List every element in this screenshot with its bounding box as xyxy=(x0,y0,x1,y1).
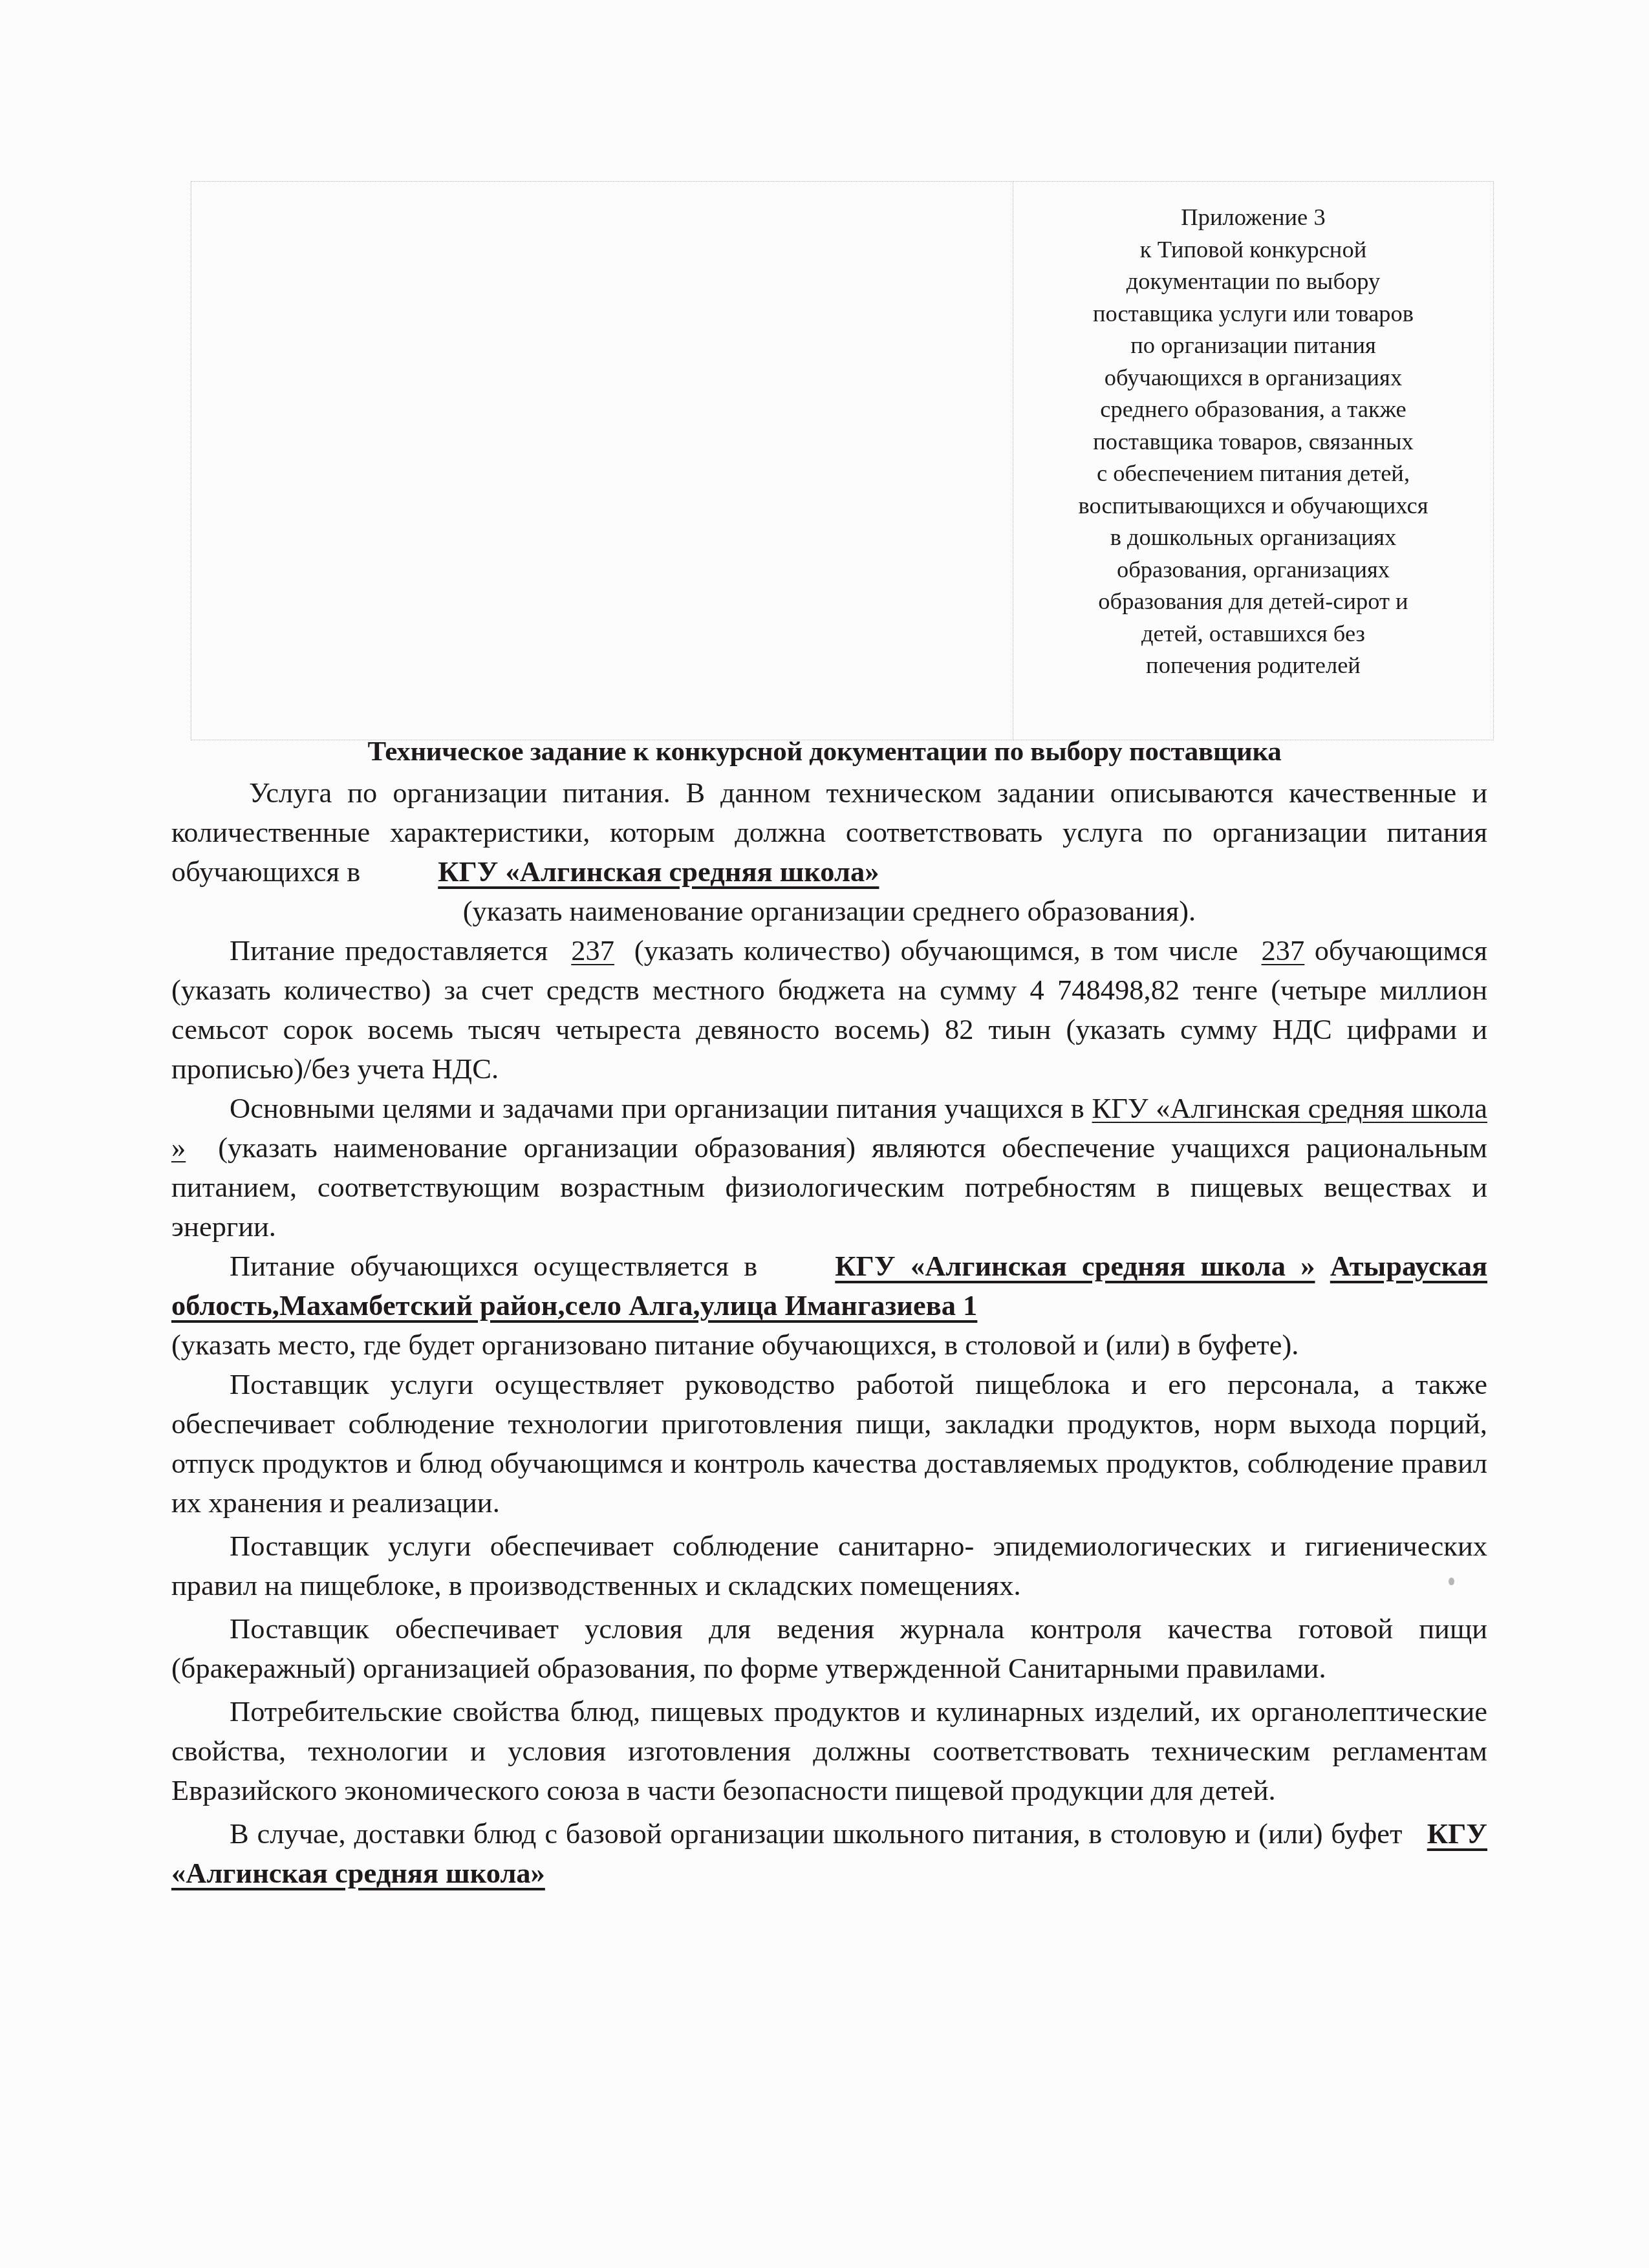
school-name-field: КГУ «Алгинская средняя школа» xyxy=(438,855,879,888)
document-title: Техническое задание к конкурсной докумен… xyxy=(0,734,1649,770)
appendix-line: обучающихся в организациях xyxy=(1013,361,1493,394)
appendix-line: среднего образования, а также xyxy=(1013,393,1493,425)
appendix-line: попечения родителей xyxy=(1013,649,1493,681)
appendix-line: Приложение 3 xyxy=(1013,201,1493,233)
header-table: Приложение 3 к Типовой конкурсной докуме… xyxy=(191,181,1494,740)
hint-text: (указать наименование организации средне… xyxy=(463,895,1196,927)
appendix-line: с обеспечением питания детей, xyxy=(1013,457,1493,489)
hint-line: (указать наименование организации средне… xyxy=(171,892,1487,931)
paragraph-sanitary-rules: Поставщик услуги обеспечивает соблюдение… xyxy=(171,1526,1487,1605)
header-empty-cell xyxy=(191,182,1013,740)
appendix-line: поставщика услуги или товаров xyxy=(1013,297,1493,330)
appendix-line: документации по выбору xyxy=(1013,265,1493,297)
appendix-line: образования, организациях xyxy=(1013,553,1493,586)
paragraph-location: Питание обучающихся осуществляется вКГУ … xyxy=(171,1246,1487,1325)
paragraph-goals: Основными целями и задачами при организа… xyxy=(171,1089,1487,1246)
document-body: Услуга по организации питания. В данном … xyxy=(171,773,1487,1893)
student-count-field: 237 xyxy=(571,934,614,967)
appendix-line: детей, оставшихся без xyxy=(1013,617,1493,650)
school-name-field: КГУ «Алгинская средняя школа » xyxy=(835,1250,1315,1282)
appendix-note: Приложение 3 к Типовой конкурсной докуме… xyxy=(1013,182,1494,740)
scan-speck xyxy=(1449,1578,1454,1585)
budget-student-count-field: 237 xyxy=(1262,934,1305,967)
appendix-line: в дошкольных организациях xyxy=(1013,521,1493,553)
paragraph-consumer-properties: Потребительские свойства блюд, пищевых п… xyxy=(171,1692,1487,1810)
appendix-line: образования для детей-сирот и xyxy=(1013,585,1493,617)
paragraph-supplier-management: Поставщик услуги осуществляет руководств… xyxy=(171,1365,1487,1523)
paragraph-text: В случае, доставки блюд с базовой органи… xyxy=(230,1817,1402,1850)
hint-text: (указать место, где будет организовано п… xyxy=(171,1329,1299,1361)
paragraph-text: (указать количество) обучающимся, в том … xyxy=(634,934,1238,967)
appendix-line: воспитывающихся и обучающихся xyxy=(1013,489,1493,522)
appendix-line: по организации питания xyxy=(1013,329,1493,361)
appendix-line: поставщика товаров, связанных xyxy=(1013,425,1493,458)
paragraph-text: (указать наименование организации образо… xyxy=(171,1131,1487,1243)
appendix-line: к Типовой конкурсной xyxy=(1013,233,1493,266)
paragraph-delivery: В случае, доставки блюд с базовой органи… xyxy=(171,1814,1487,1893)
paragraph-text: Питание предоставляется xyxy=(230,934,548,967)
paragraph-text: Питание обучающихся осуществляется в xyxy=(230,1250,757,1282)
paragraph-service-description: Услуга по организации питания. В данном … xyxy=(171,773,1487,892)
paragraph-text: Основными целями и задачами при организа… xyxy=(230,1092,1084,1124)
paragraph-students-count: Питание предоставляется237 (указать коли… xyxy=(171,931,1487,1089)
hint-line: (указать место, где будет организовано п… xyxy=(171,1325,1487,1365)
paragraph-quality-journal: Поставщик обеспечивает условия для веден… xyxy=(171,1609,1487,1688)
